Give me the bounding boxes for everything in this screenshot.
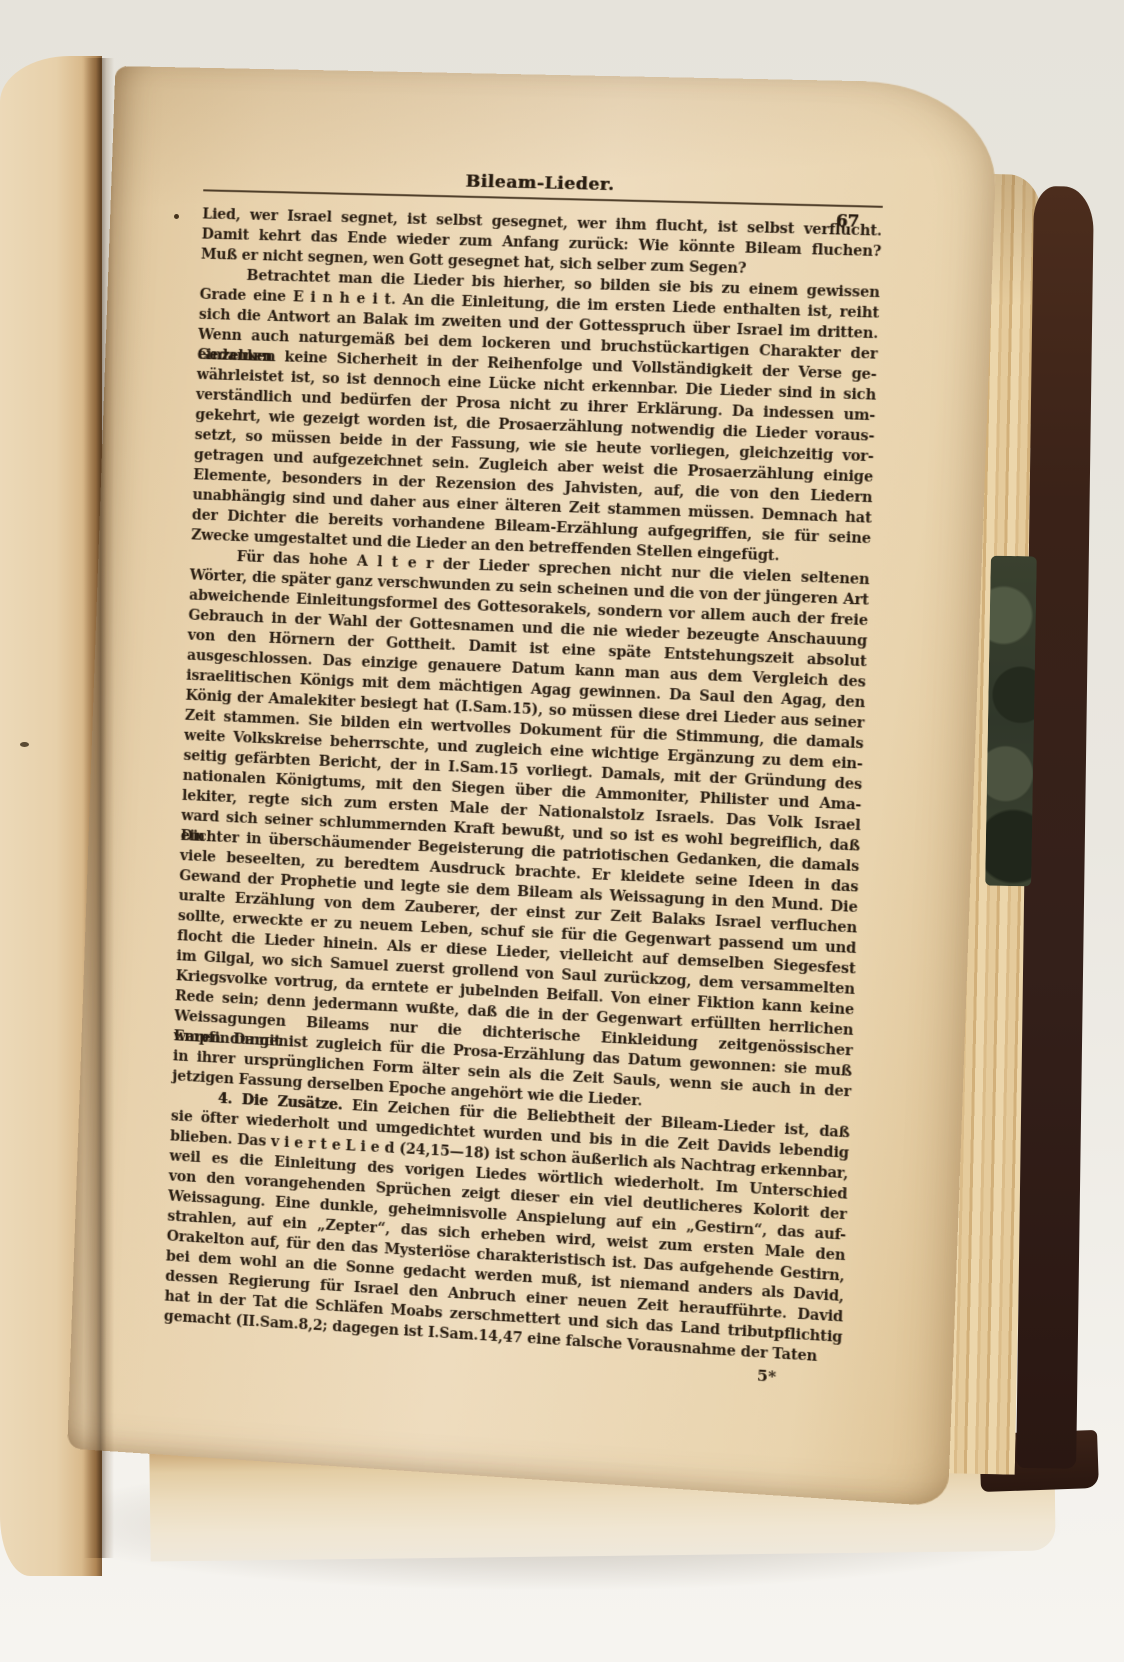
page-text-block: Bileam-Lieder. 67 Lied, wer Israel segne… <box>163 164 884 1391</box>
gutter-shadow <box>84 58 114 1558</box>
page-number: 67 <box>835 211 859 231</box>
photo-of-book-page: { "scene": { "background_color": "#eae7e… <box>0 0 1124 1662</box>
paper-speck <box>174 214 179 219</box>
body-lines: Lied, wer Israel segnet, ist selbst gese… <box>164 204 883 1368</box>
book-page: Bileam-Lieder. 67 Lied, wer Israel segne… <box>67 66 999 1507</box>
marbled-fore-edge <box>985 556 1037 887</box>
paper-speck <box>376 457 380 461</box>
paper-speck <box>20 742 29 747</box>
